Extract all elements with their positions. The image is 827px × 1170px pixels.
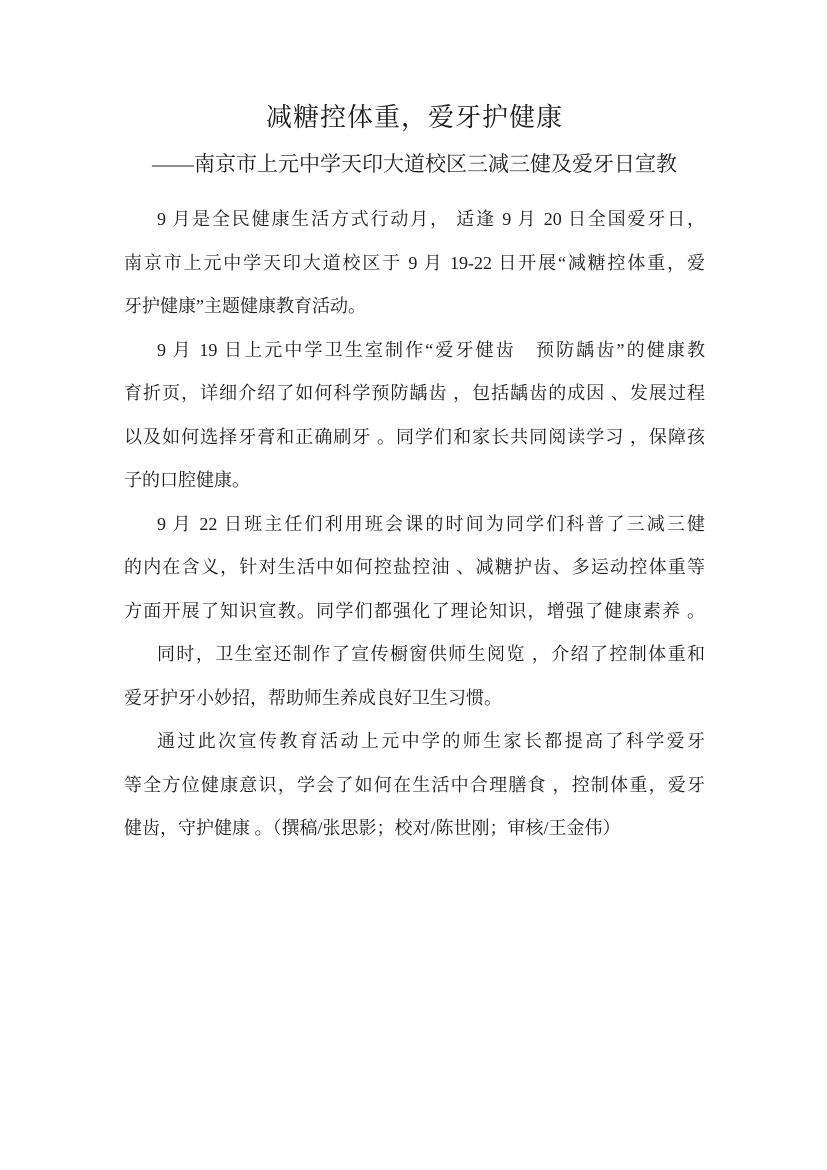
body-line: 以及如何选择牙膏和正确刷牙 。同学们和家长共同阅读学习 ，保障孩 (124, 416, 705, 460)
body-line: 育折页，详细介绍了如何科学预防龋齿 ，包括龋齿的成因 、发展过程 (124, 372, 705, 416)
body-line: 南京市上元中学天印大道校区于 9 月 19-22 日开展“减糖控体重，爱 (124, 242, 705, 286)
paragraph-1: 9 月是全民健康生活方式行动月， 适逢 9 月 20 日全国爱牙日， 南京市上元… (124, 198, 705, 329)
document-page: 减糖控体重，爱牙护健康 ——南京市上元中学天印大道校区三减三健及爱牙日宣教 9 … (0, 0, 827, 1170)
body-line: 牙护健康”主题健康教育活动。 (124, 285, 705, 329)
body-line: 子的口腔健康。 (124, 459, 705, 503)
paragraph-3: 9 月 22 日班主任们利用班会课的时间为同学们科普了三减三健 的内在含义，针对… (124, 503, 705, 634)
paragraph-5: 通过此次宣传教育活动上元中学的师生家长都提高了科学爱牙 等全方位健康意识，学会了… (124, 720, 705, 851)
document-body: 9 月是全民健康生活方式行动月， 适逢 9 月 20 日全国爱牙日， 南京市上元… (124, 198, 705, 851)
body-line: 同时，卫生室还制作了宣传橱窗供师生阅览 ，介绍了控制体重和 (124, 633, 705, 677)
paragraph-2: 9 月 19 日上元中学卫生室制作“爱牙健齿 预防龋齿”的健康教 育折页，详细介… (124, 329, 705, 503)
body-line: 方面开展了知识宣教。同学们都强化了理论知识，增强了健康素养 。 (124, 590, 705, 634)
paragraph-4: 同时，卫生室还制作了宣传橱窗供师生阅览 ，介绍了控制体重和 爱牙护牙小妙招，帮助… (124, 633, 705, 720)
body-line: 等全方位健康意识，学会了如何在生活中合理膳食 ，控制体重，爱牙 (124, 764, 705, 808)
body-line: 9 月 22 日班主任们利用班会课的时间为同学们科普了三减三健 (124, 503, 705, 547)
body-line: 9 月是全民健康生活方式行动月， 适逢 9 月 20 日全国爱牙日， (124, 198, 705, 242)
body-line: 通过此次宣传教育活动上元中学的师生家长都提高了科学爱牙 (124, 720, 705, 764)
document-title: 减糖控体重，爱牙护健康 (124, 100, 705, 136)
body-line: 9 月 19 日上元中学卫生室制作“爱牙健齿 预防龋齿”的健康教 (124, 329, 705, 373)
body-line: 爱牙护牙小妙招，帮助师生养成良好卫生习惯。 (124, 677, 705, 721)
body-line: 健齿，守护健康 。（撰稿/张思影；校对/陈世刚；审核/王金伟） (124, 807, 705, 851)
document-subtitle: ——南京市上元中学天印大道校区三减三健及爱牙日宣教 (124, 150, 705, 178)
body-line: 的内在含义，针对生活中如何控盐控油 、减糖护齿、多运动控体重等 (124, 546, 705, 590)
